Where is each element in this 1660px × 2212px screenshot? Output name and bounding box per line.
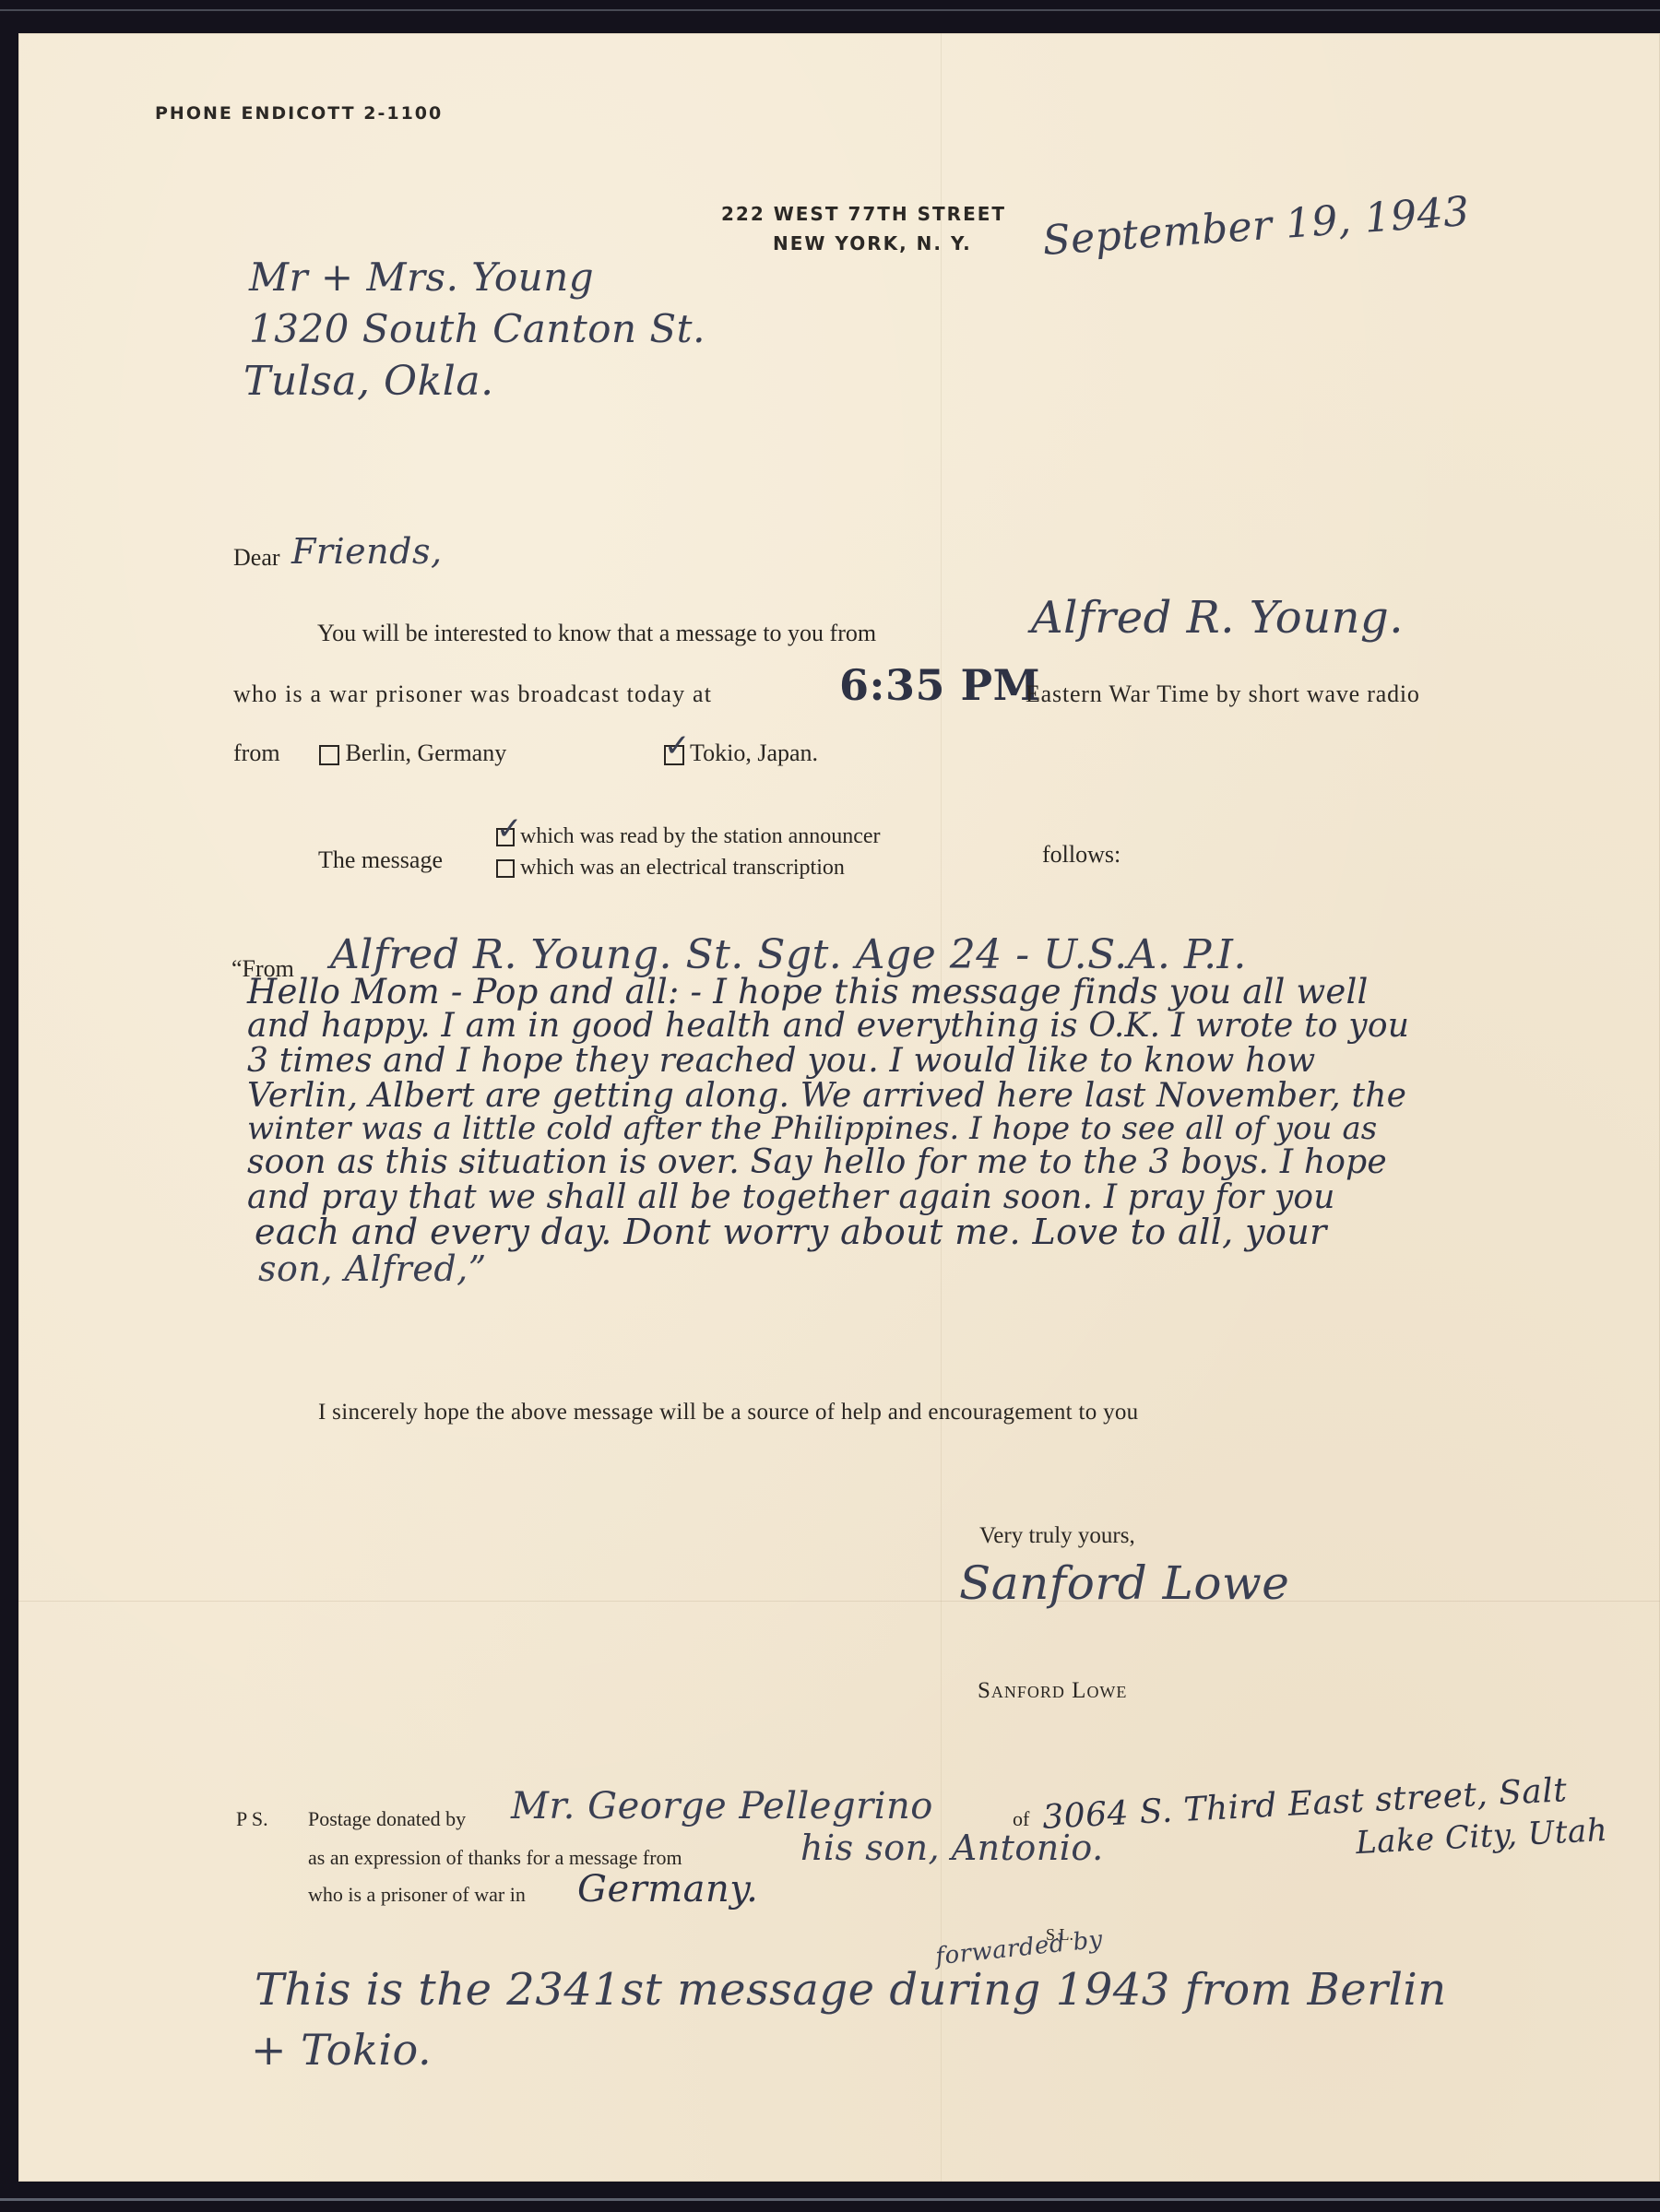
closing-salutation: Very truly yours, (979, 1523, 1135, 1549)
signature-handwritten: Sanford Lowe (959, 1556, 1289, 1610)
salutation-handwritten: Friends, (291, 531, 443, 572)
message-line-4: 3 times and I hope they reached you. I w… (247, 1042, 1315, 1080)
letter-page: PHONE ENDICOTT 2-1100 222 WEST 77TH STRE… (18, 33, 1660, 2182)
scanner-frame-top (0, 9, 1660, 11)
origin-tokio-label: Tokio, Japan. (690, 739, 818, 766)
ps-label: P S. (236, 1807, 268, 1831)
recipient-name: Mr + Mrs. Young (249, 254, 594, 300)
ps-donor-address-2: Lake City, Utah (1355, 1812, 1608, 1862)
origin-option-berlin[interactable]: Berlin, Germany (319, 739, 506, 767)
announcer-label: which was read by the station announcer (520, 824, 881, 848)
note-line-2: + Tokio. (251, 2025, 432, 2075)
transcription-label: which was an electrical transcription (520, 856, 845, 880)
body-line1: You will be interested to know that a me… (317, 620, 876, 647)
checkbox-berlin[interactable] (319, 745, 339, 765)
message-type-transcription[interactable]: which was an electrical transcription (496, 856, 845, 881)
origin-option-tokio[interactable]: ✓ Tokio, Japan. (664, 739, 818, 767)
body-line2-before: who is a war prisoner was broadcast toda… (233, 680, 712, 708)
checkbox-tokio[interactable]: ✓ (664, 745, 684, 765)
letter-date: September 19, 1943 (1041, 188, 1471, 265)
checkmark-icon: ✓ (664, 730, 691, 762)
message-type-announcer[interactable]: ✓ which was read by the station announce… (496, 824, 881, 849)
ps-prisoner-label: who is a prisoner of war in (308, 1883, 526, 1907)
checkmark-icon: ✓ (496, 813, 523, 845)
message-line-6: winter was a little cold after the Phili… (247, 1110, 1377, 1147)
from-label: from (233, 739, 280, 767)
broadcast-time: 6:35 PM (839, 660, 1040, 710)
scanner-frame-bottom (0, 2198, 1660, 2201)
follows-label: follows: (1042, 841, 1120, 869)
message-line-5: Verlin, Albert are getting along. We arr… (247, 1077, 1406, 1115)
message-line-9: each and every day. Dont worry about me.… (255, 1212, 1327, 1252)
signature-printed-name: Sanford Lowe (978, 1678, 1127, 1704)
salutation-printed: Dear (233, 544, 280, 572)
note-line-1: This is the 2341st message during 1943 f… (255, 1964, 1447, 2016)
body-line2-after: Eastern War Time by short wave radio (1026, 680, 1420, 708)
ps-donor-name: Mr. George Pellegrino (511, 1785, 933, 1828)
message-line-3: and happy. I am in good health and every… (247, 1007, 1409, 1045)
message-line-8: and pray that we shall all be together a… (247, 1178, 1335, 1216)
letterhead-phone: PHONE ENDICOTT 2-1100 (155, 103, 443, 124)
letterhead-city: NEW YORK, N. Y. (773, 232, 972, 254)
ps-thanks-label: as an expression of thanks for a message… (308, 1846, 682, 1870)
prisoner-name: Alfred R. Young. (1031, 592, 1404, 644)
recipient-street: 1320 South Canton St. (249, 306, 705, 351)
origin-berlin-label: Berlin, Germany (346, 739, 507, 766)
letterhead-street: 222 WEST 77TH STREET (721, 203, 1006, 225)
message-label: The message (318, 846, 443, 874)
recipient-city: Tulsa, Okla. (243, 358, 494, 405)
closing-paragraph: I sincerely hope the above message will … (318, 1400, 1138, 1425)
ps-donated-label: Postage donated by (308, 1807, 466, 1831)
paper-fold (18, 1601, 1660, 1602)
ps-message-from: his son, Antonio. (800, 1828, 1104, 1868)
ps-country: Germany. (577, 1868, 758, 1910)
checkbox-transcription[interactable] (496, 859, 515, 878)
message-line-2: Hello Mom - Pop and all: - I hope this m… (247, 972, 1369, 1011)
message-line-7: soon as this situation is over. Say hell… (247, 1143, 1387, 1181)
message-line-10: son, Alfred,” (258, 1248, 487, 1289)
checkbox-announcer[interactable]: ✓ (496, 828, 515, 846)
